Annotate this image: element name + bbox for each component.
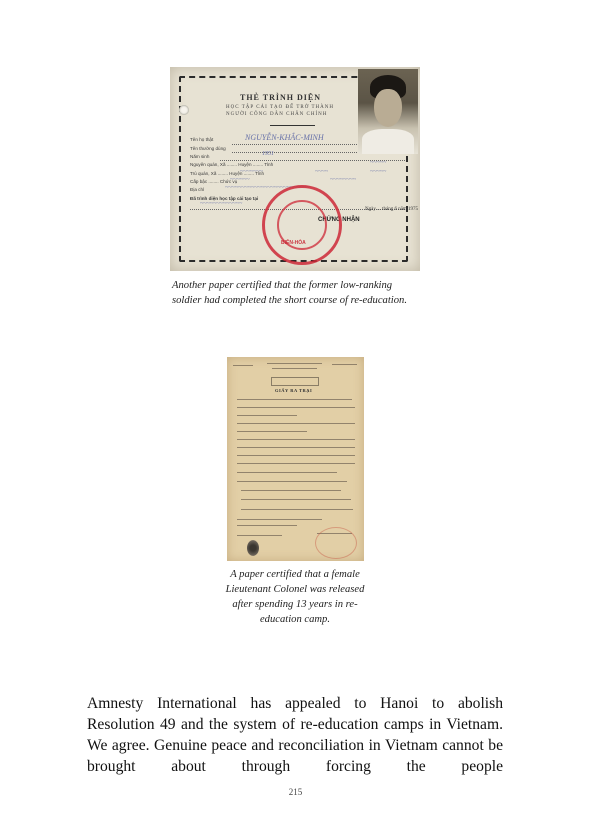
figure-caption-1: Another paper certified that the former … bbox=[172, 278, 412, 308]
body-paragraph: Amnesty International has appealed to Ha… bbox=[87, 693, 503, 777]
field-origin-label: Nguyên quán, Xã ........ Huyện ........ … bbox=[190, 162, 273, 167]
release-paper-image: GIẤY RA TRẠI bbox=[227, 357, 364, 561]
field-name-label: Tên họ thật bbox=[190, 137, 213, 142]
card-title: THẺ TRÌNH DIỆN bbox=[240, 93, 321, 102]
portrait-photo bbox=[358, 69, 418, 154]
field-birthyear-value: 1951 bbox=[262, 151, 274, 157]
figure-caption-2: A paper certified that a female Lieutena… bbox=[222, 567, 368, 627]
field-birthyear-label: Năm sinh bbox=[190, 154, 209, 159]
card-title-rule bbox=[270, 125, 315, 126]
thumbprint bbox=[247, 540, 259, 556]
page-number: 215 bbox=[0, 787, 591, 797]
punch-hole bbox=[179, 105, 189, 115]
field-alias-label: Tên thường dùng bbox=[190, 146, 226, 151]
certificate-card-image: THẺ TRÌNH DIỆN HỌC TẬP CẢI TẠO ĐỂ TRỞ TH… bbox=[170, 67, 420, 271]
paper-title: GIẤY RA TRẠI bbox=[275, 388, 312, 393]
official-red-stamp: BIÊN-HÒA bbox=[262, 185, 342, 265]
field-name-value: NGUYỄN-KHẮC-MINH bbox=[245, 133, 324, 142]
card-subtitle-2: NGƯỜI CÔNG DÂN CHÂN CHÍNH bbox=[226, 112, 327, 117]
paper-header-box bbox=[271, 377, 319, 386]
field-address-label: Địa chỉ bbox=[190, 187, 204, 192]
card-subtitle-1: HỌC TẬP CẢI TẠO ĐỂ TRỞ THÀNH bbox=[226, 105, 334, 110]
card-date: Ngày ... tháng 6 năm 1975 bbox=[365, 207, 418, 212]
faded-stamp bbox=[315, 527, 357, 559]
